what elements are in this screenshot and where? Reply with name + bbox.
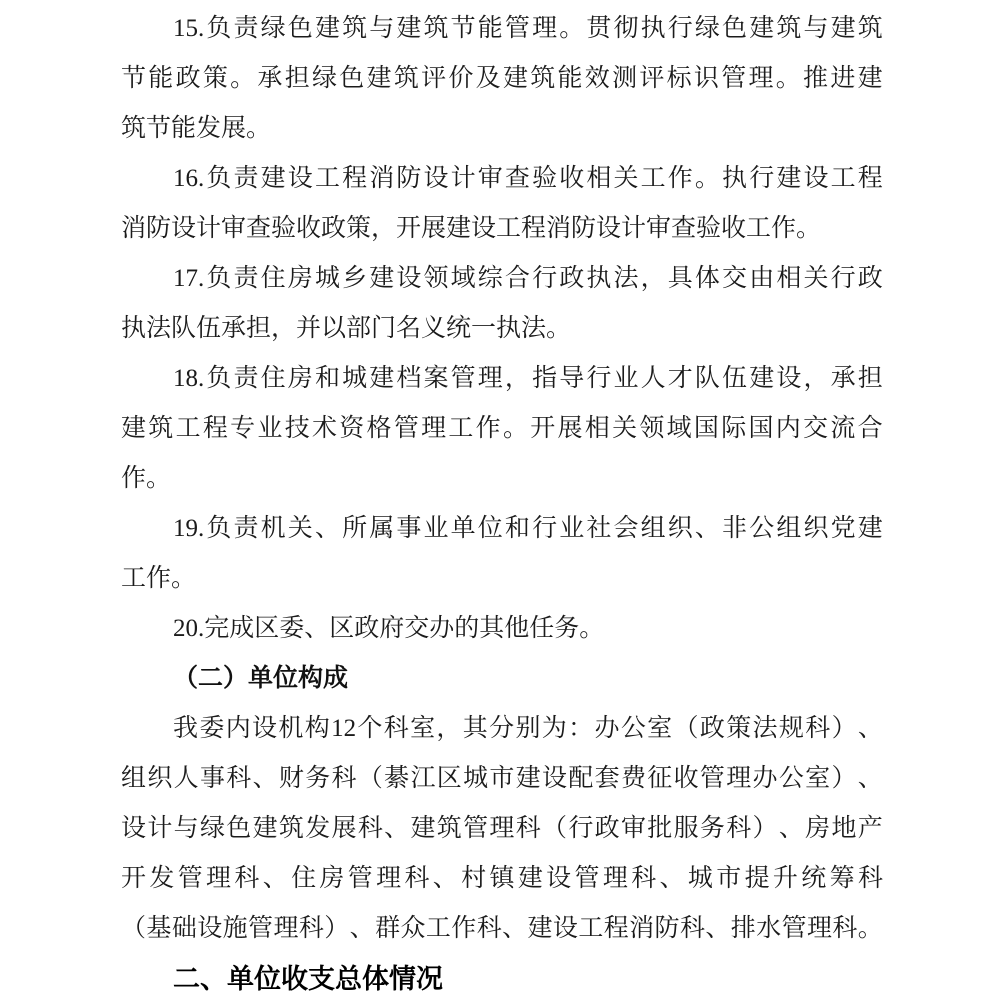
duty-item-17-line: 执法队伍承担，并以部门名义统一执法。 [121, 304, 883, 354]
glyph-token: 事 [200, 754, 225, 804]
glyph-token: 住 [291, 854, 316, 904]
glyph-token: 理 [273, 904, 298, 954]
glyph-token: 属 [369, 504, 394, 554]
glyph-token: 乡 [342, 254, 367, 304]
glyph-token: 色 [226, 804, 251, 854]
glyph-token: 地 [831, 804, 856, 854]
glyph-token: 导 [559, 354, 584, 404]
glyph-token: 政 [559, 254, 584, 304]
glyph-token: 建 [410, 804, 435, 854]
glyph-token: （ [542, 804, 567, 854]
glyph-token: 行 [831, 254, 856, 304]
glyph-token: 业 [257, 404, 282, 454]
glyph-token: 住 [261, 254, 286, 304]
glyph-token: 16. [173, 154, 204, 204]
glyph-token: 、 [350, 904, 375, 954]
glyph-token: 其 [463, 704, 488, 754]
glyph-token: 政 [176, 54, 201, 104]
glyph-token: 价 [448, 54, 473, 104]
glyph-token: 工 [426, 904, 451, 954]
glyph-token: 工 [448, 404, 473, 454]
glyph-token: 管 [721, 54, 746, 104]
glyph-token: 筑 [148, 404, 173, 454]
glyph-token: 理 [807, 904, 832, 954]
glyph-token: 市 [489, 754, 514, 804]
glyph-token: 。 [776, 54, 801, 104]
glyph-token: 市 [716, 854, 741, 904]
glyph-token: 所 [342, 504, 367, 554]
glyph-token: 工 [176, 404, 201, 454]
glyph-token: 管 [348, 854, 373, 904]
glyph-token: 套 [595, 754, 620, 804]
glyph-token: 组 [776, 504, 801, 554]
glyph-token: 作 [451, 904, 476, 954]
glyph-token: 绿 [261, 4, 286, 54]
glyph-token: 队 [695, 354, 720, 404]
glyph-token: 由 [749, 254, 774, 304]
glyph-token: 事 [396, 504, 421, 554]
glyph-token: 设 [542, 754, 567, 804]
glyph-token: 负 [206, 4, 231, 54]
duty-item-15-line: 筑节能发展。 [121, 104, 883, 154]
glyph-token: 领 [639, 404, 664, 454]
glyph-token: 城 [315, 254, 340, 304]
glyph-token: 建 [367, 54, 392, 104]
glyph-token: 政 [595, 804, 620, 854]
glyph-token: 贯 [586, 4, 611, 54]
glyph-token: 别 [515, 704, 540, 754]
glyph-token: 负 [206, 154, 231, 204]
glyph-token: 科 [858, 854, 883, 904]
glyph-token: 交 [722, 254, 747, 304]
glyph-token: 众 [400, 904, 425, 954]
glyph-token: 与 [803, 4, 828, 54]
glyph-token: 关 [612, 404, 637, 454]
glyph-token: 17. [173, 254, 204, 304]
glyph-token: 綦 [384, 754, 409, 804]
glyph-token: 承 [831, 354, 856, 404]
glyph-token: 科 [832, 904, 857, 954]
glyph-token: 室 [805, 754, 830, 804]
duty-item-18-line: 作。 [121, 454, 883, 504]
glyph-token: 社 [586, 504, 611, 554]
glyph-token: 费 [621, 754, 646, 804]
glyph-token: 务 [700, 804, 725, 854]
glyph-token: 政 [858, 254, 883, 304]
unit-composition-body-line: 设计与绿色建筑发展科、建筑管理科（行政审批服务科）、房地产 [121, 804, 883, 854]
glyph-token: 责 [234, 504, 259, 554]
glyph-token: 18. [173, 354, 204, 404]
glyph-token: 计 [451, 154, 476, 204]
glyph-token: 国 [748, 404, 773, 454]
glyph-token: 收 [674, 754, 699, 804]
duty-item-15-line: 15.负责绿色建筑与建筑节能管理。贯彻执行绿色建筑与建筑 [121, 4, 883, 54]
glyph-token: 室 [647, 704, 672, 754]
glyph-token: 建 [518, 854, 543, 904]
glyph-token: 效 [585, 54, 610, 104]
glyph-token: 科 [631, 854, 656, 904]
glyph-token: 科 [226, 754, 251, 804]
glyph-token: 镇 [489, 854, 514, 904]
duty-item-18-line: 18.负责住房和城建档案管理，指导行业人才队伍建设，承担 [121, 354, 883, 404]
glyph-token: 机 [261, 504, 286, 554]
glyph-token: 责 [234, 354, 259, 404]
glyph-token: 程 [604, 904, 629, 954]
glyph-token: 内 [226, 704, 251, 754]
glyph-token: 筹 [830, 854, 855, 904]
glyph-token: 策 [726, 704, 751, 754]
glyph-token: 织 [668, 504, 693, 554]
glyph-token: 。 [559, 4, 584, 54]
glyph-token: 责 [234, 254, 259, 304]
glyph-token: ， [505, 354, 530, 404]
glyph-token: 理 [376, 854, 401, 904]
glyph-token: 机 [278, 704, 303, 754]
glyph-token: 和 [315, 354, 340, 404]
glyph-token: 、 [315, 504, 340, 554]
glyph-token: 建 [121, 404, 146, 454]
glyph-token: 、 [660, 854, 685, 904]
glyph-token: 体 [695, 254, 720, 304]
glyph-token: 计 [147, 804, 172, 854]
glyph-token: 档 [396, 354, 421, 404]
unit-composition-body-line: 我委内设机构12个科室，其分别为：办公室（政策法规科）、 [121, 704, 883, 754]
glyph-token: 建 [261, 154, 286, 204]
glyph-token: 建 [315, 4, 340, 54]
glyph-token: 筑 [858, 4, 883, 54]
glyph-token: 施 [223, 904, 248, 954]
glyph-token: 执 [641, 4, 666, 54]
glyph-token: 设 [121, 804, 146, 854]
glyph-token: 展 [332, 804, 357, 854]
glyph-token: 伍 [722, 354, 747, 404]
duty-item-15-line: 节能政策。承担绿色建筑评价及建筑能效测评标识管理。推进建 [121, 54, 883, 104]
glyph-token: 升 [773, 854, 798, 904]
glyph-token: ） [324, 904, 349, 954]
glyph-token: 管 [451, 354, 476, 404]
glyph-token: 彻 [613, 4, 638, 54]
glyph-token: 法 [613, 254, 638, 304]
glyph-token: 指 [532, 354, 557, 404]
glyph-token: 担 [858, 354, 883, 404]
glyph-token: 设 [553, 904, 578, 954]
glyph-token: 及 [476, 54, 501, 104]
glyph-token: 理 [532, 4, 557, 54]
glyph-token: 分 [489, 704, 514, 754]
glyph-token: 科 [332, 754, 357, 804]
glyph-token: 才 [668, 354, 693, 404]
glyph-token: 技 [285, 404, 310, 454]
glyph-token: 能 [558, 54, 583, 104]
glyph-token: 。 [230, 54, 255, 104]
glyph-token: 和 [505, 504, 530, 554]
glyph-token: 设 [803, 154, 828, 204]
glyph-token: 作 [476, 404, 501, 454]
glyph-token: 筑 [437, 804, 462, 854]
glyph-token: 具 [668, 254, 693, 304]
glyph-token: 行 [668, 4, 693, 54]
glyph-token: 房 [288, 354, 313, 404]
glyph-token: 展 [558, 404, 583, 454]
glyph-token: 务 [305, 754, 330, 804]
glyph-token: 责 [234, 4, 259, 54]
glyph-token: 科 [358, 804, 383, 854]
glyph-token: 防 [655, 904, 680, 954]
glyph-token: 审 [621, 804, 646, 854]
glyph-token: 发 [149, 854, 174, 904]
glyph-token: 责 [234, 154, 259, 204]
glyph-token: 合 [505, 254, 530, 304]
glyph-token: 理 [748, 54, 773, 104]
glyph-token: 业 [424, 504, 449, 554]
glyph-token: 筑 [424, 4, 449, 54]
glyph-token: 绿 [695, 4, 720, 54]
glyph-token: 位 [478, 504, 503, 554]
glyph-token: 关 [803, 254, 828, 304]
glyph-token: 设 [546, 854, 571, 904]
glyph-token: 为 [542, 704, 567, 754]
glyph-token: 理 [726, 754, 751, 804]
glyph-token: ， [641, 254, 666, 304]
glyph-token: 节 [451, 4, 476, 54]
glyph-token: 单 [451, 504, 476, 554]
glyph-token: 理 [421, 404, 446, 454]
glyph-token: 基 [146, 904, 171, 954]
glyph-token: 、 [502, 904, 527, 954]
glyph-token: 程 [203, 404, 228, 454]
glyph-token: 管 [575, 854, 600, 904]
glyph-token: 管 [178, 854, 203, 904]
glyph-token: 设 [396, 254, 421, 304]
glyph-token: 作 [668, 154, 693, 204]
glyph-token: 绿 [312, 54, 337, 104]
glyph-token: 负 [206, 354, 231, 404]
glyph-token: 管 [248, 904, 273, 954]
glyph-token: ， [803, 354, 828, 404]
glyph-token: 房 [319, 854, 344, 904]
glyph-token: 19. [173, 504, 204, 554]
subsection-heading-unit-composition: （二）单位构成 [121, 654, 883, 704]
glyph-token: 建 [396, 4, 421, 54]
glyph-token: 行 [532, 504, 557, 554]
glyph-token: 设 [424, 154, 449, 204]
glyph-token: 审 [478, 154, 503, 204]
glyph-token: 党 [831, 504, 856, 554]
glyph-token: 委 [199, 704, 224, 754]
glyph-token: 综 [478, 254, 503, 304]
duty-item-20-line: 20.完成区委、区政府交办的其他任务。 [121, 604, 883, 654]
glyph-token: 建 [253, 804, 278, 854]
glyph-token: 建 [749, 354, 774, 404]
glyph-token: 村 [461, 854, 486, 904]
glyph-token: 房 [288, 254, 313, 304]
glyph-token: 群 [375, 904, 400, 954]
glyph-token: 评 [421, 54, 446, 104]
glyph-token: 筑 [530, 54, 555, 104]
glyph-token: 筑 [279, 804, 304, 854]
glyph-token: 、 [858, 754, 883, 804]
glyph-token: 个 [357, 704, 382, 754]
glyph-token: 收 [559, 154, 584, 204]
glyph-token: 、 [263, 854, 288, 904]
glyph-token: 织 [803, 504, 828, 554]
glyph-token: 法 [753, 704, 778, 754]
glyph-token: 科 [234, 854, 259, 904]
glyph-token: 相 [776, 254, 801, 304]
glyph-token: 标 [667, 54, 692, 104]
glyph-token: 建 [503, 54, 528, 104]
glyph-token: 防 [396, 154, 421, 204]
glyph-token: 开 [530, 404, 555, 454]
glyph-token: 关 [613, 154, 638, 204]
glyph-token: ： [568, 704, 593, 754]
glyph-token: 科 [805, 704, 830, 754]
glyph-token: 际 [721, 404, 746, 454]
glyph-token: 工 [641, 154, 666, 204]
glyph-token: 。 [695, 154, 720, 204]
glyph-token: 城 [463, 754, 488, 804]
glyph-token: 绿 [200, 804, 225, 854]
glyph-token: 关 [288, 504, 313, 554]
glyph-token: 执 [722, 154, 747, 204]
glyph-token: 理 [206, 854, 231, 904]
glyph-token: 与 [369, 4, 394, 54]
glyph-token: 织 [147, 754, 172, 804]
glyph-token: 础 [172, 904, 197, 954]
glyph-token: 验 [532, 154, 557, 204]
glyph-token: 、 [433, 854, 458, 904]
glyph-token: 建 [776, 154, 801, 204]
glyph-token: 设 [197, 904, 222, 954]
glyph-token: 负 [206, 504, 231, 554]
glyph-token: 水 [756, 904, 781, 954]
glyph-token: 域 [667, 404, 692, 454]
glyph-token: 相 [586, 154, 611, 204]
unit-composition-body-line: （基础设施管理科）、群众工作科、建设工程消防科、排水管理科。 [121, 904, 883, 954]
glyph-token: 、 [253, 754, 278, 804]
glyph-token: （ [358, 754, 383, 804]
glyph-token: 建 [516, 754, 541, 804]
glyph-token: 15. [173, 4, 204, 54]
glyph-token: 公 [749, 504, 774, 554]
section-heading-income-expense-overview: 二、单位收支总体情况 [121, 954, 883, 1002]
glyph-token: 行 [586, 354, 611, 404]
glyph-token: 设 [252, 704, 277, 754]
glyph-token: 国 [694, 404, 719, 454]
glyph-token: 专 [230, 404, 255, 454]
glyph-token: 案 [424, 354, 449, 404]
glyph-token: 房 [805, 804, 830, 854]
glyph-token: 行 [532, 254, 557, 304]
glyph-token: 理 [478, 354, 503, 404]
glyph-token: 排 [731, 904, 756, 954]
glyph-token: 。 [503, 404, 528, 454]
glyph-token: 识 [694, 54, 719, 104]
glyph-token: 合 [858, 404, 883, 454]
glyph-token: 开 [121, 854, 146, 904]
glyph-token: 与 [174, 804, 199, 854]
glyph-token: 、 [695, 504, 720, 554]
glyph-token: 进 [830, 54, 855, 104]
glyph-token: ， [436, 704, 461, 754]
glyph-token: 城 [688, 854, 713, 904]
glyph-token: 行 [568, 804, 593, 854]
glyph-token: 批 [647, 804, 672, 854]
glyph-token: 科 [680, 904, 705, 954]
glyph-token: （ [121, 904, 146, 954]
glyph-token: （ [674, 704, 699, 754]
glyph-token: 相 [585, 404, 610, 454]
glyph-token: 管 [782, 904, 807, 954]
glyph-token: 业 [559, 504, 584, 554]
glyph-token: 科 [384, 704, 409, 754]
glyph-token: 筑 [394, 54, 419, 104]
glyph-token: 管 [463, 804, 488, 854]
glyph-token: 征 [647, 754, 672, 804]
glyph-token: 科 [404, 854, 429, 904]
glyph-token: 设 [776, 354, 801, 404]
glyph-token: 城 [342, 354, 367, 404]
glyph-token: 我 [173, 704, 198, 754]
duty-item-19-line: 工作。 [121, 554, 883, 604]
glyph-token: 建 [528, 904, 553, 954]
glyph-token: 节 [121, 54, 146, 104]
glyph-token: 执 [586, 254, 611, 304]
duty-item-19-line: 19.负责机关、所属事业单位和行业社会组织、非公组织党建 [121, 504, 883, 554]
glyph-token: 办 [594, 704, 619, 754]
glyph-token: 资 [339, 404, 364, 454]
glyph-token: 发 [305, 804, 330, 854]
glyph-token: 公 [779, 754, 804, 804]
glyph-token: 规 [779, 704, 804, 754]
glyph-token: 交 [803, 404, 828, 454]
glyph-token: 术 [312, 404, 337, 454]
glyph-token: 负 [206, 254, 231, 304]
glyph-token: 领 [424, 254, 449, 304]
glyph-token: 承 [257, 54, 282, 104]
glyph-token: 筑 [342, 4, 367, 54]
glyph-token: 公 [621, 704, 646, 754]
glyph-token: 理 [603, 854, 628, 904]
glyph-token: ） [832, 704, 857, 754]
glyph-token: 财 [279, 754, 304, 804]
glyph-token: 筑 [776, 4, 801, 54]
glyph-token: 色 [288, 4, 313, 54]
glyph-token: 提 [745, 854, 770, 904]
unit-composition-body-line: 组织人事科、财务科（綦江区城市建设配套费征收管理办公室）、 [121, 754, 883, 804]
glyph-token: 非 [722, 504, 747, 554]
glyph-token: 策 [203, 54, 228, 104]
unit-composition-body-line: 开发管理科、住房管理科、村镇建设管理科、城市提升统筹科 [121, 854, 883, 904]
glyph-token: 科 [726, 804, 751, 854]
glyph-token: ） [753, 804, 778, 854]
glyph-token: 工 [315, 154, 340, 204]
glyph-token: 、 [779, 804, 804, 854]
glyph-token: 域 [451, 254, 476, 304]
glyph-token: 能 [478, 4, 503, 54]
glyph-token: 、 [705, 904, 730, 954]
glyph-token: 业 [613, 354, 638, 404]
glyph-token: 理 [489, 804, 514, 854]
glyph-token: 科 [477, 904, 502, 954]
glyph-token: 能 [148, 54, 173, 104]
glyph-token: 、 [384, 804, 409, 854]
glyph-token: 建 [749, 4, 774, 54]
glyph-token: 设 [288, 154, 313, 204]
duty-item-16-line: 16.负责建设工程消防设计审查验收相关工作。执行建设工程 [121, 154, 883, 204]
glyph-token: 管 [394, 404, 419, 454]
glyph-token: 管 [505, 4, 530, 54]
